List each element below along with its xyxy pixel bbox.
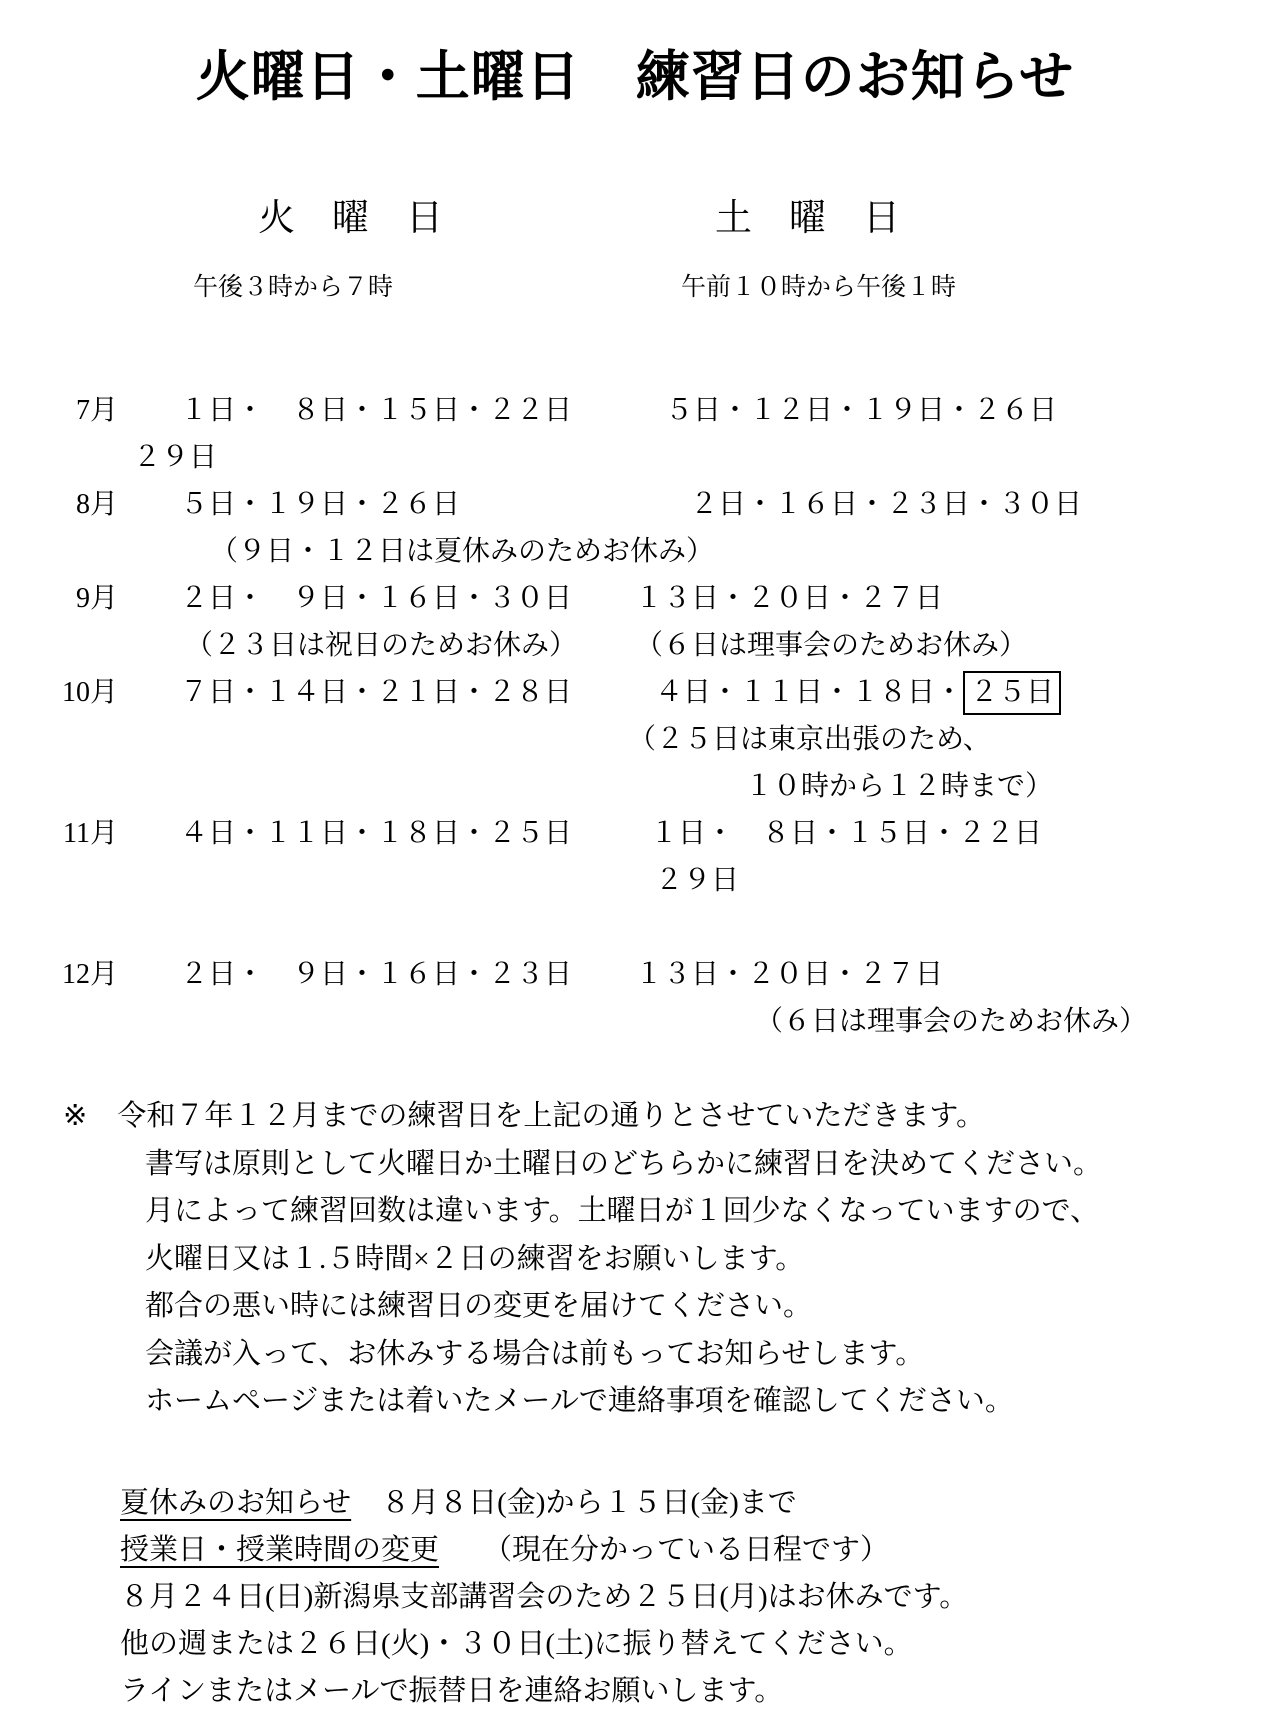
tuesday-cell: ７日・１４日・２１日・２８日	[133, 669, 628, 716]
tuesday-column-header: 火 曜 日	[258, 187, 443, 241]
column-times: 午後３時から７時 午前１０時から午後１時	[0, 267, 1270, 303]
saturday-days-prefix: ４日・１１日・１８日・	[655, 677, 963, 708]
saturday-cell: ４日・１１日・１８日・２５日 （２５日は東京出張のため、 １０時から１２時まで）	[628, 669, 1270, 810]
tuesday-time: 午後３時から７時	[193, 267, 393, 303]
note-line: 会議が入って、お休みする場合は前もってお知らせします。	[0, 1331, 1270, 1379]
month-label: 7月	[48, 387, 118, 434]
notes-section: ※令和７年１２月までの練習日を上記の通りとさせていただきます。 書写は原則として…	[0, 1093, 1270, 1426]
tuesday-cell: １日・ ８日・１５日・２２日 ２９日	[133, 387, 628, 481]
month-label: 8月	[48, 481, 118, 528]
note-line: ※令和７年１２月までの練習日を上記の通りとさせていただきます。	[0, 1093, 1270, 1141]
saturday-days-line: １日・ ８日・１５日・２２日	[628, 810, 1270, 857]
note-line: 書写は原則として火曜日か土曜日のどちらかに練習日を決めてください。	[0, 1141, 1270, 1189]
summer-break-line: 夏休みのお知らせ８月８日(金)から１５日(金)まで	[0, 1480, 1270, 1527]
schedule-table: 7月 １日・ ８日・１５日・２２日 ２９日 ５日・１２日・１９日・２６日 8月 …	[0, 387, 1270, 1045]
note-line: 火曜日又は１.５時間×２日の練習をお願いします。	[0, 1236, 1270, 1284]
boxed-date-25: ２５日	[963, 671, 1061, 715]
tuesday-note-line: （２３日は祝日のためお休み）	[133, 622, 628, 669]
note-line: ホームページまたは着いたメールで連絡事項を確認してください。	[0, 1378, 1270, 1426]
saturday-days-continuation: ２９日	[628, 857, 1270, 904]
tuesday-cell: ２日・ ９日・１６日・３０日 （２３日は祝日のためお休み）	[133, 575, 628, 669]
note-line: 月によって練習回数は違います。土曜日が１回少なくなっていますので、	[0, 1188, 1270, 1236]
saturday-note-line: （６日は理事会のためお休み）	[628, 998, 1270, 1045]
schedule-row-october: 10月 ７日・１４日・２１日・２８日 ４日・１１日・１８日・２５日 （２５日は東…	[0, 669, 1270, 810]
footer-line: ８月２４日(日)新潟県支部講習会のため２５日(月)はお休みです。	[0, 1574, 1270, 1621]
footer-section: 夏休みのお知らせ８月８日(金)から１５日(金)まで 授業日・授業時間の変更（現在…	[0, 1480, 1270, 1715]
saturday-cell: １３日・２０日・２７日 （６日は理事会のためお休み）	[628, 575, 1270, 669]
tuesday-days-line: １日・ ８日・１５日・２２日	[133, 387, 628, 434]
saturday-cell: １３日・２０日・２７日 （６日は理事会のためお休み）	[628, 951, 1270, 1045]
schedule-row-july: 7月 １日・ ８日・１５日・２２日 ２９日 ５日・１２日・１９日・２６日	[0, 387, 1270, 481]
saturday-cell: １日・ ８日・１５日・２２日 ２９日	[628, 810, 1270, 904]
footer-line: 他の週または２６日(火)・３０日(土)に振り替えてください。	[0, 1621, 1270, 1668]
notice-document: 火曜日・土曜日 練習日のお知らせ 火 曜 日 土 曜 日 午後３時から７時 午前…	[0, 0, 1270, 1736]
tuesday-days-line: ７日・１４日・２１日・２８日	[133, 669, 628, 716]
saturday-days-line: ２日・１６日・２３日・３０日	[628, 481, 1270, 528]
schedule-change-label: 授業日・授業時間の変更	[120, 1534, 439, 1566]
tuesday-days-continuation: ２９日	[133, 434, 628, 481]
saturday-days-line: １３日・２０日・２７日	[628, 575, 1270, 622]
saturday-time: 午前１０時から午後１時	[681, 267, 956, 303]
month-label: 9月	[48, 575, 118, 622]
month-label: 11月	[48, 810, 118, 857]
schedule-change-note: （現在分かっている日程です）	[483, 1534, 889, 1566]
month-label: 12月	[48, 951, 118, 998]
tuesday-cell: ２日・ ９日・１６日・２３日	[133, 951, 628, 998]
summer-break-dates: ８月８日(金)から１５日(金)まで	[381, 1487, 797, 1519]
saturday-cell: ５日・１２日・１９日・２６日	[628, 387, 1270, 434]
tuesday-days-line: ２日・ ９日・１６日・２３日	[133, 951, 628, 998]
saturday-days-line: ５日・１２日・１９日・２６日	[628, 387, 1270, 434]
summer-break-label: 夏休みのお知らせ	[120, 1487, 351, 1519]
saturday-cell: ２日・１６日・２３日・３０日	[628, 481, 1270, 528]
schedule-row-november: 11月 ４日・１１日・１８日・２５日 １日・ ８日・１５日・２２日 ２９日	[0, 810, 1270, 904]
saturday-note-line: （２５日は東京出張のため、	[628, 716, 1270, 763]
tuesday-days-line: ２日・ ９日・１６日・３０日	[133, 575, 628, 622]
schedule-change-line: 授業日・授業時間の変更（現在分かっている日程です）	[0, 1527, 1270, 1574]
note-line: 都合の悪い時には練習日の変更を届けてください。	[0, 1283, 1270, 1331]
saturday-note-line-2: １０時から１２時まで）	[628, 763, 1270, 810]
saturday-days-line: １３日・２０日・２７日	[628, 951, 1270, 998]
tuesday-days-line: ４日・１１日・１８日・２５日	[133, 810, 628, 857]
month-label: 10月	[48, 669, 118, 716]
saturday-column-header: 土 曜 日	[715, 187, 900, 241]
tuesday-cell: ４日・１１日・１８日・２５日	[133, 810, 628, 857]
saturday-note-line: （６日は理事会のためお休み）	[628, 622, 1270, 669]
schedule-row-august: 8月 ５日・１９日・２６日 （９日・１２日は夏休みのためお休み） ２日・１６日・…	[0, 481, 1270, 575]
tuesday-days-line: ５日・１９日・２６日	[133, 481, 628, 528]
schedule-row-december: 12月 ２日・ ９日・１６日・２３日 １３日・２０日・２７日 （６日は理事会のた…	[0, 951, 1270, 1045]
note-text: 令和７年１２月までの練習日を上記の通りとさせていただきます。	[117, 1100, 985, 1132]
document-title: 火曜日・土曜日 練習日のお知らせ	[0, 34, 1270, 111]
column-headers: 火 曜 日 土 曜 日	[0, 187, 1270, 241]
saturday-days-line: ４日・１１日・１８日・２５日	[628, 669, 1270, 716]
reference-mark: ※	[63, 1100, 87, 1132]
tuesday-cell: ５日・１９日・２６日 （９日・１２日は夏休みのためお休み）	[133, 481, 628, 575]
footer-line: ラインまたはメールで振替日を連絡お願いします。	[0, 1668, 1270, 1715]
schedule-row-september: 9月 ２日・ ９日・１６日・３０日 （２３日は祝日のためお休み） １３日・２０日…	[0, 575, 1270, 669]
tuesday-note-line: （９日・１２日は夏休みのためお休み）	[133, 528, 628, 575]
